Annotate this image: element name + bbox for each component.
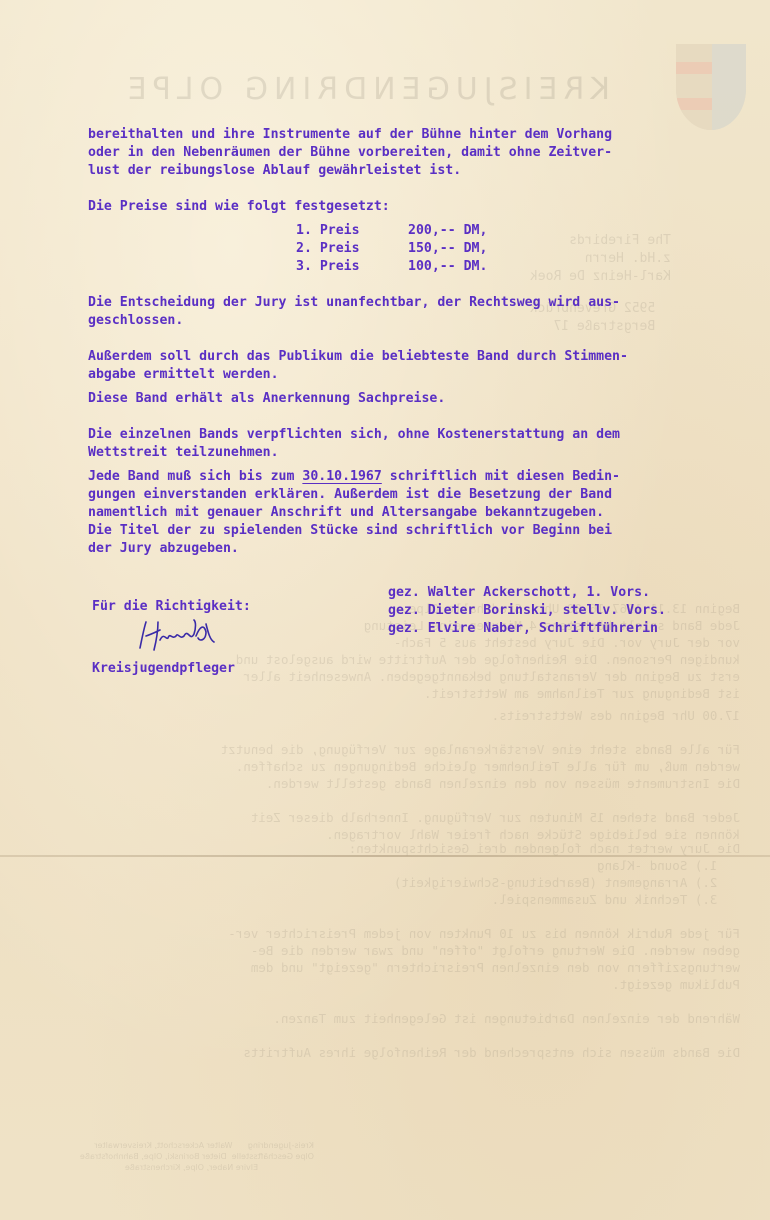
- audience-line: Außerdem soll durch das Publikum die bel…: [88, 348, 728, 366]
- intro-line: lust der reibungslose Ablauf gewährleist…: [88, 162, 728, 180]
- registration-line: der Jury abzugeben.: [88, 540, 728, 558]
- signatory: gez. Dieter Borinski, stellv. Vors.: [388, 602, 666, 620]
- intro-line: bereithalten und ihre Instrumente auf de…: [88, 126, 728, 144]
- intro-line: oder in den Nebenräumen der Bühne vorber…: [88, 144, 728, 162]
- obligation-line: Wettstreit teilzunehmen.: [88, 444, 728, 462]
- signatory: gez. Elvire Naber, Schriftführerin: [388, 620, 666, 638]
- registration-line: Jede Band muß sich bis zum 30.10.1967 sc…: [88, 468, 728, 486]
- prize-row: 2. Preis 150,-- DM,: [88, 240, 728, 258]
- prize-label: 2. Preis: [296, 240, 408, 258]
- prizes-heading: Die Preise sind wie folgt festgesetzt:: [88, 198, 728, 216]
- bleed-through-text: 17.00 Uhr Beginn des Wettstreits. Für al…: [200, 707, 740, 843]
- prize-amount: 150,-- DM,: [408, 240, 487, 258]
- jury-line: geschlossen.: [88, 312, 728, 330]
- registration-text: schriftlich mit diesen Bedin-: [382, 469, 620, 484]
- obligation-line: Die einzelnen Bands verpflichten sich, o…: [88, 426, 728, 444]
- handwritten-signature-icon: [134, 618, 224, 652]
- prize-row: 3. Preis 100,-- DM.: [88, 258, 728, 276]
- audience-prize: Diese Band erhält als Anerkennung Sachpr…: [88, 390, 728, 408]
- bleed-through-footer: Kreis-Jugendring Walter Ackerschott, Kre…: [80, 1140, 314, 1173]
- signatory: gez. Walter Ackerschott, 1. Vors.: [388, 584, 666, 602]
- registration-deadline: 30.10.1967: [302, 469, 381, 484]
- prize-amount: 200,-- DM,: [408, 222, 487, 240]
- prize-row: 1. Preis 200,-- DM,: [88, 222, 728, 240]
- signatories-list: gez. Walter Ackerschott, 1. Vors. gez. D…: [388, 584, 666, 638]
- coat-of-arms-icon: [676, 44, 746, 130]
- certifier-title: Kreisjugendpfleger: [92, 660, 235, 678]
- registration-line: gungen einverstanden erklären. Außerdem …: [88, 486, 728, 504]
- bleed-through-text: Die Jury wertet nach folgenden drei Gesi…: [200, 840, 740, 1061]
- prize-label: 1. Preis: [296, 222, 408, 240]
- registration-line: namentlich mit genauer Anschrift und Alt…: [88, 504, 728, 522]
- prize-label: 3. Preis: [296, 258, 408, 276]
- certified-label: Für die Richtigkeit:: [92, 598, 251, 616]
- letter-body: bereithalten und ihre Instrumente auf de…: [88, 126, 728, 674]
- audience-line: abgabe ermittelt werden.: [88, 366, 728, 384]
- registration-text: Jede Band muß sich bis zum: [88, 469, 302, 484]
- signature-block: Für die Richtigkeit: Kreisjugendpfleger …: [88, 584, 728, 674]
- jury-line: Die Entscheidung der Jury ist unanfechtb…: [88, 294, 728, 312]
- letterhead-org-name: KREISJUGENDRING OLPE: [130, 72, 610, 107]
- registration-line: Die Titel der zu spielenden Stücke sind …: [88, 522, 728, 540]
- prize-amount: 100,-- DM.: [408, 258, 487, 276]
